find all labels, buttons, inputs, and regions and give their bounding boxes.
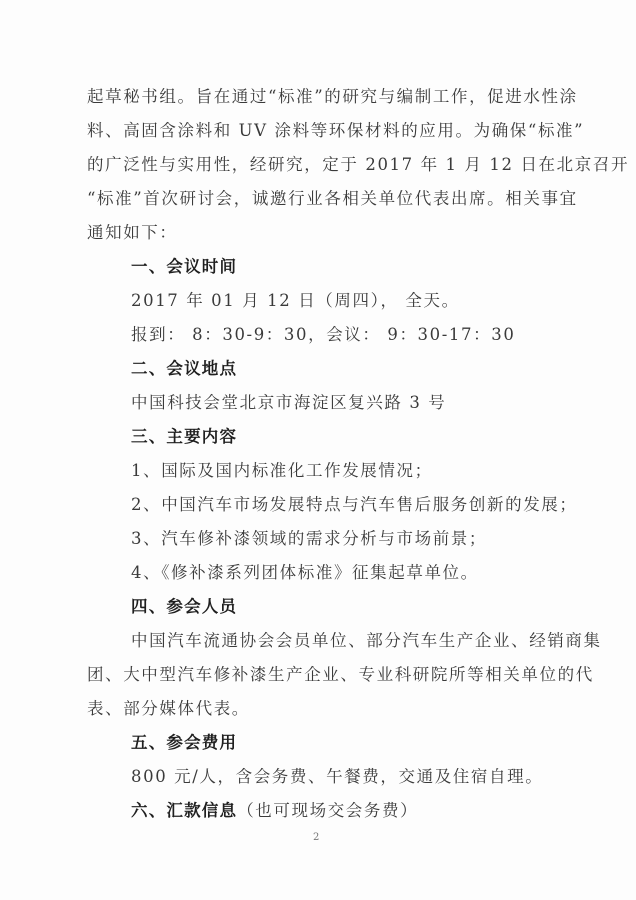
content-item-3: 3、汽车修补漆领域的需求分析与市场前景； bbox=[131, 528, 583, 550]
intro-line-3: 的广泛性与实用性，经研究，定于 2017 年 1 月 12 日在北京召开 bbox=[87, 154, 539, 176]
attendees-line-1: 中国汽车流通协会会员单位、部分汽车生产企业、经销商集 bbox=[131, 630, 539, 652]
section-heading-location: 二、会议地点 bbox=[131, 358, 583, 380]
section-heading-time: 一、会议时间 bbox=[131, 256, 583, 278]
intro-line-1: 起草秘书组。旨在通过“标准”的研究与编制工作，促进水性涂 bbox=[87, 86, 539, 108]
attendees-line-2: 团、大中型汽车修补漆生产企业、专业科研院所等相关单位的代 bbox=[87, 664, 539, 686]
section-heading-payment: 六、汇款信息 bbox=[131, 801, 237, 820]
content-item-1: 1、国际及国内标准化工作发展情况； bbox=[131, 460, 583, 482]
attendees-line-3: 表、部分媒体代表。 bbox=[87, 698, 539, 720]
meeting-schedule: 报到： 8：30-9：30，会议： 9：30-17：30 bbox=[131, 324, 583, 346]
section-heading-content: 三、主要内容 bbox=[131, 426, 583, 448]
content-item-4: 4、《修补漆系列团体标准》征集起草单位。 bbox=[131, 562, 583, 584]
section-heading-attendees: 四、参会人员 bbox=[131, 596, 583, 618]
meeting-address: 中国科技会堂北京市海淀区复兴路 3 号 bbox=[131, 392, 583, 414]
intro-line-2: 料、高固含涂料和 UV 涂料等环保材料的应用。为确保“标准” bbox=[87, 120, 539, 142]
content-item-2: 2、中国汽车市场发展特点与汽车售后服务创新的发展； bbox=[131, 494, 583, 516]
fee-details: 800 元/人，含会务费、午餐费，交通及住宿自理。 bbox=[131, 766, 583, 788]
meeting-date: 2017 年 01 月 12 日（周四）， 全天。 bbox=[131, 290, 583, 312]
section-heading-fee: 五、参会费用 bbox=[131, 732, 583, 754]
document-page: 起草秘书组。旨在通过“标准”的研究与编制工作，促进水性涂 料、高固含涂料和 UV… bbox=[0, 0, 636, 900]
payment-note: （也可现场交会务费） bbox=[237, 801, 418, 820]
section-heading-payment-row: 六、汇款信息（也可现场交会务费） bbox=[131, 800, 583, 822]
page-number: 2 bbox=[313, 832, 319, 843]
intro-line-5: 通知如下： bbox=[87, 222, 539, 244]
intro-line-4: “标准”首次研讨会，诚邀行业各相关单位代表出席。相关事宜 bbox=[87, 188, 539, 210]
